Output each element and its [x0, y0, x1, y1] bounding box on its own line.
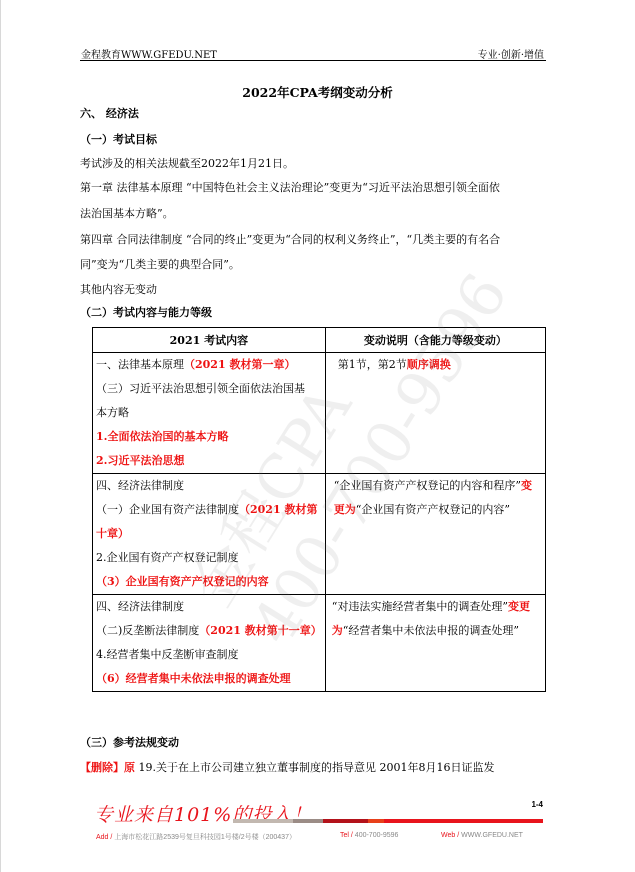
cell-red: 2.习近平法治思想 [96, 454, 184, 467]
cell-text: 四、经济法律制度 [96, 600, 184, 613]
footer-bar-seg [368, 819, 384, 823]
section-heading: 六、 经济法 [80, 107, 139, 121]
cell-text: （三）习近平法治思想引领全面依法治国基 [96, 382, 305, 395]
sub3-heading: （三）参考法规变动 [80, 736, 179, 750]
sub1-para2a: 第一章 法律基本原理 “中国特色社会主义法治理论”变更为“习近平法治思想引领全面… [80, 181, 500, 195]
sub3-item: 【删除】原 19.关于在上市公司建立独立董事制度的指导意见 2001年8月16日… [80, 761, 494, 775]
cell-text: （一）企业国有资产法律制度 [96, 503, 239, 516]
sub1-para4: 其他内容无变动 [80, 283, 157, 297]
changes-table: 2021 考试内容 变动说明（含能力等级变动） 一、法律基本原理（2021 教材… [92, 327, 546, 692]
cell-red: 顺序调换 [407, 358, 451, 371]
address-value: 上海市松花江路2539号复旦科技园1号楼/2号楼（200437） [114, 834, 296, 841]
header-site: 金程教育WWW.GFEDU.NET [81, 46, 217, 61]
address-label: Add / [96, 834, 112, 841]
table-row: 一、法律基本原理（2021 教材第一章） （三）习近平法治思想引领全面依法治国基… [93, 353, 546, 474]
cell-red: （2021 教材第 [239, 503, 317, 516]
tel-value: 400-700-9596 [355, 832, 399, 839]
web-label: Web / [441, 832, 459, 839]
sub1-para3b: 同”变为“几类主要的典型合同”。 [80, 258, 240, 272]
sub1-para3a: 第四章 合同法律制度 “合同的终止”变更为“合同的权利义务终止”，“几类主要的有… [80, 233, 500, 247]
cell-text: “对违法实施经营者集中的调查处理” [332, 600, 508, 613]
footer-bar-seg [293, 819, 323, 823]
row3-right: “对违法实施经营者集中的调查处理”变更为“经营者集中未依法申报的调查处理” [325, 595, 545, 692]
cell-text: 第1节，第2节 [338, 358, 407, 371]
footer-address: Add / 上海市松花江路2539号复旦科技园1号楼/2号楼（200437） [96, 832, 296, 842]
cell-text: 四、经济法律制度 [96, 479, 184, 492]
footer-tel: Tel / 400-700-9596 [340, 832, 398, 839]
col-header-2021: 2021 考试内容 [93, 328, 326, 353]
page-number: 1-4 [531, 800, 543, 809]
cell-text: 一、法律基本原理 [96, 358, 184, 371]
table-row: 四、经济法律制度 （二)反垄断法律制度（2021 教材第十一章） 4.经营者集中… [93, 595, 546, 692]
cell-text: 4.经营者集中反垄断审查制度 [96, 648, 239, 661]
table-header-row: 2021 考试内容 变动说明（含能力等级变动） [93, 328, 546, 353]
tel-label: Tel / [340, 832, 353, 839]
table-row: 四、经济法律制度 （一）企业国有资产法律制度（2021 教材第 十章） 2.企业… [93, 474, 546, 595]
footer-web: Web / WWW.GFEDU.NET [441, 832, 523, 839]
cell-red: 1.全面依法治国的基本方略 [96, 430, 228, 443]
regulation-text: 19.关于在上市公司建立独立董事制度的指导意见 2001年8月16日证监发 [139, 761, 495, 774]
deleted-tag: 【删除】原 [80, 761, 135, 774]
document-page: 金程教育WWW.GFEDU.NET 专业·创新·增值 2022年CPA考纲变动分… [0, 0, 635, 872]
page-header: 金程教育WWW.GFEDU.NET 专业·创新·增值 [80, 44, 546, 61]
cell-red: 十章） [96, 527, 129, 540]
cell-red: （2021 教材第一章） [184, 358, 295, 371]
row2-right: “企业国有资产产权登记的内容和程序”变更为“企业国有资产产权登记的内容” [325, 474, 545, 595]
sub1-para2b: 法治国基本方略”。 [80, 207, 174, 221]
sub2-heading: （二）考试内容与能力等级 [80, 306, 212, 320]
cell-text: “企业国有资产产权登记的内容和程序” [334, 479, 521, 492]
cell-text: “企业国有资产产权登记的内容” [356, 503, 510, 516]
cell-text: 本方略 [96, 406, 129, 419]
cell-text: （二)反垄断法律制度 [96, 624, 199, 637]
sub1-heading: （一）考试目标 [80, 133, 157, 147]
row2-left: 四、经济法律制度 （一）企业国有资产法律制度（2021 教材第 十章） 2.企业… [93, 474, 326, 595]
cell-red: （3）企业国有资产产权登记的内容 [96, 575, 269, 588]
cell-red: （2021 教材第十一章） [199, 624, 321, 637]
row1-left: 一、法律基本原理（2021 教材第一章） （三）习近平法治思想引领全面依法治国基… [93, 353, 326, 474]
cell-text: 2.企业国有资产产权登记制度 [96, 551, 239, 564]
page-title: 2022年CPA考纲变动分析 [0, 83, 635, 101]
row1-right: 第1节，第2节顺序调换 [325, 353, 545, 474]
footer-bar-seg [233, 819, 293, 823]
cell-red: （6）经营者集中未依法申报的调查处理 [96, 672, 291, 685]
col-header-change: 变动说明（含能力等级变动） [325, 328, 545, 353]
row3-left: 四、经济法律制度 （二)反垄断法律制度（2021 教材第十一章） 4.经营者集中… [93, 595, 326, 692]
footer-bar-seg [384, 819, 543, 823]
footer-bar-seg [323, 819, 368, 823]
sub1-para1: 考试涉及的相关法规截至2022年1月21日。 [80, 157, 294, 171]
header-motto: 专业·创新·增值 [478, 46, 544, 61]
web-value: WWW.GFEDU.NET [461, 832, 523, 839]
cell-text: “经营者集中未依法申报的调查处理” [343, 624, 519, 637]
